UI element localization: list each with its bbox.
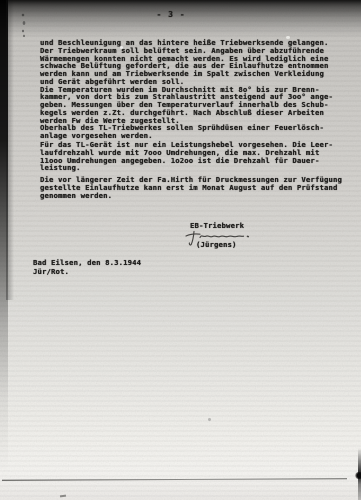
reference-initials: Jür/Rot.	[33, 268, 69, 276]
page-number: - 3 -	[96, 11, 246, 19]
paper-blemish	[208, 418, 211, 421]
scanned-document-page: - 3 - und Beschleunigung an das hintere …	[0, 0, 361, 500]
paragraph-engine-cooling: und Beschleunigung an das hintere heiße …	[40, 39, 338, 140]
right-edge-scan-blob	[355, 472, 361, 479]
paragraph-intake-test: Die vor längerer Zeit der Fa.Hirth für D…	[40, 176, 358, 199]
signature-name: (Jürgens)	[196, 241, 237, 249]
place-and-date: Bad Eilsen, den 8.3.1944	[33, 259, 141, 267]
paragraph-rpm-figures: Für das TL-Gerät ist nur ein Leistungshe…	[40, 141, 338, 172]
margin-scribble-mark	[21, 13, 26, 37]
